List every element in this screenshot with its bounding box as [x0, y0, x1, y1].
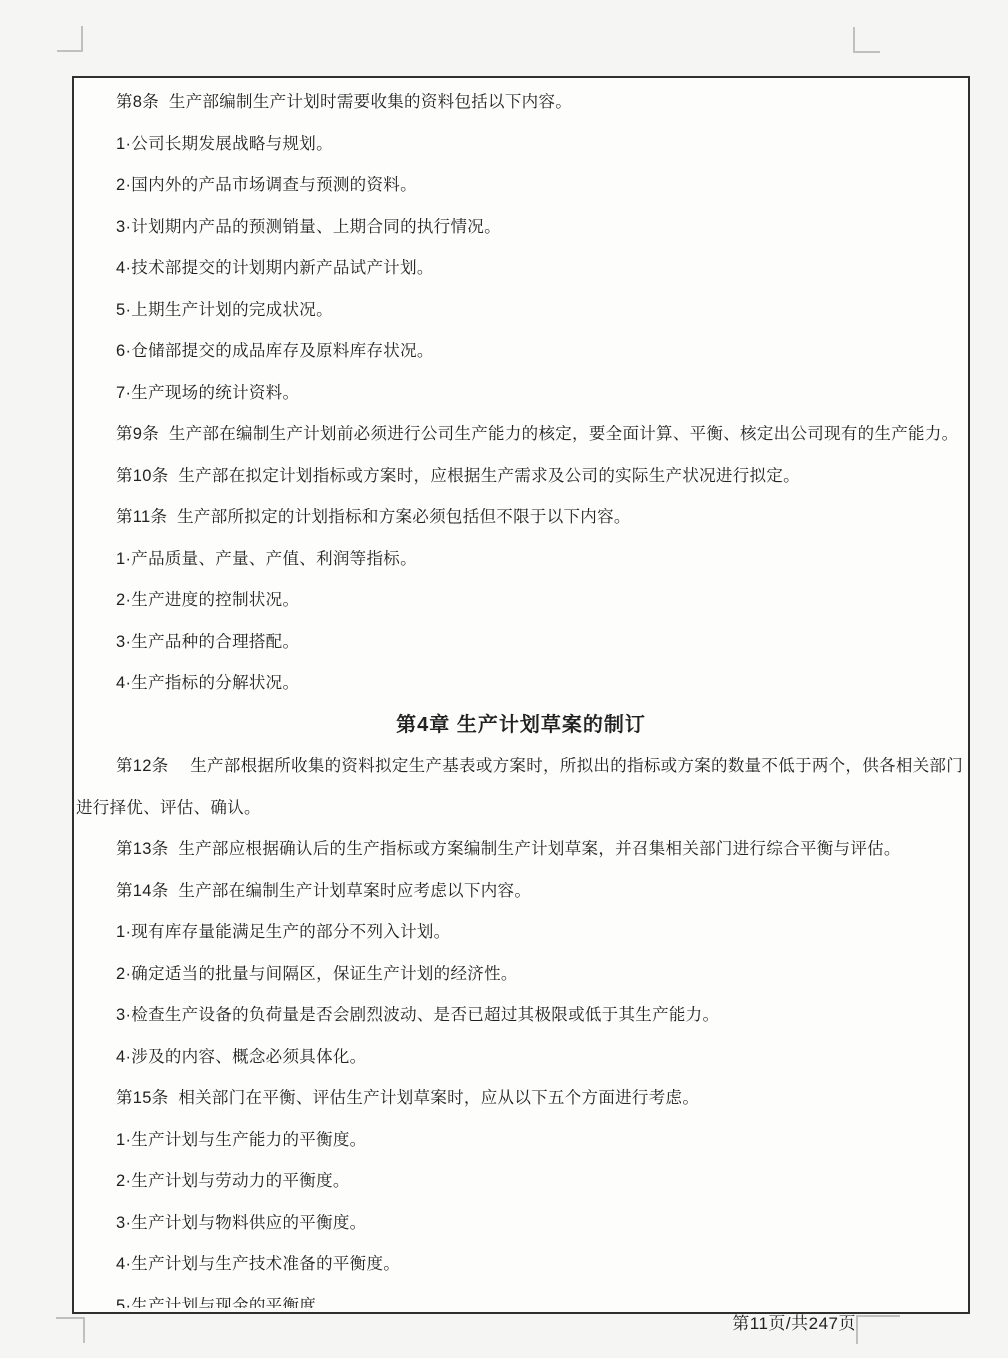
document-line: 第9条 生产部在编制生产计划前必须进行公司生产能力的核定，要全面计算、平衡、核定…	[76, 414, 966, 456]
document-line: 第12条 生产部根据所收集的资料拟定生产基表或方案时，所拟出的指标或方案的数量不…	[76, 746, 966, 829]
document-line: 2·生产计划与劳动力的平衡度。	[76, 1161, 966, 1203]
document-line: 第15条 相关部门在平衡、评估生产计划草案时，应从以下五个方面进行考虑。	[76, 1078, 966, 1120]
document-line: 7·生产现场的统计资料。	[76, 373, 966, 415]
document-line: 1·生产计划与生产能力的平衡度。	[76, 1120, 966, 1162]
document-body: 第8条 生产部编制生产计划时需要收集的资料包括以下内容。1·公司长期发展战略与规…	[76, 82, 966, 1308]
document-line: 5·上期生产计划的完成状况。	[76, 290, 966, 332]
document-line: 2·生产进度的控制状况。	[76, 580, 966, 622]
document-line: 第11条 生产部所拟定的计划指标和方案必须包括但不限于以下内容。	[76, 497, 966, 539]
document-line: 3·生产品种的合理搭配。	[76, 622, 966, 664]
document-line: 3·生产计划与物料供应的平衡度。	[76, 1203, 966, 1245]
document-line: 第8条 生产部编制生产计划时需要收集的资料包括以下内容。	[76, 82, 966, 124]
document-line: 第10条 生产部在拟定计划指标或方案时，应根据生产需求及公司的实际生产状况进行拟…	[76, 456, 966, 498]
document-line: 4·生产指标的分解状况。	[76, 663, 966, 705]
document-line: 3·计划期内产品的预测销量、上期合同的执行情况。	[76, 207, 966, 249]
crop-mark-bottom-left	[56, 1317, 85, 1343]
document-line: 4·技术部提交的计划期内新产品试产计划。	[76, 248, 966, 290]
document-line: 6·仓储部提交的成品库存及原料库存状况。	[76, 331, 966, 373]
document-line: 4·生产计划与生产技术准备的平衡度。	[76, 1244, 966, 1286]
document-line: 3·检查生产设备的负荷量是否会剧烈波动、是否已超过其极限或低于其生产能力。	[76, 995, 966, 1037]
document-line: 第14条 生产部在编制生产计划草案时应考虑以下内容。	[76, 871, 966, 913]
document-line: 1·现有库存量能满足生产的部分不列入计划。	[76, 912, 966, 954]
crop-mark-bottom-right	[856, 1315, 900, 1344]
page-number-footer: 第11页/共247页	[732, 1309, 856, 1334]
crop-mark-top-right	[853, 27, 880, 53]
document-line: 4·涉及的内容、概念必须具体化。	[76, 1037, 966, 1079]
crop-mark-top-left	[57, 26, 83, 52]
page-border-frame: 第8条 生产部编制生产计划时需要收集的资料包括以下内容。1·公司长期发展战略与规…	[72, 76, 970, 1314]
document-line: 2·确定适当的批量与间隔区，保证生产计划的经济性。	[76, 954, 966, 996]
document-line: 5·生产计划与现金的平衡度。	[76, 1286, 966, 1309]
chapter-heading: 第4章 生产计划草案的制订	[76, 705, 966, 747]
document-line: 第13条 生产部应根据确认后的生产指标或方案编制生产计划草案，并召集相关部门进行…	[76, 829, 966, 871]
document-line: 2·国内外的产品市场调查与预测的资料。	[76, 165, 966, 207]
document-line: 1·产品质量、产量、产值、利润等指标。	[76, 539, 966, 581]
document-line: 1·公司长期发展战略与规划。	[76, 124, 966, 166]
